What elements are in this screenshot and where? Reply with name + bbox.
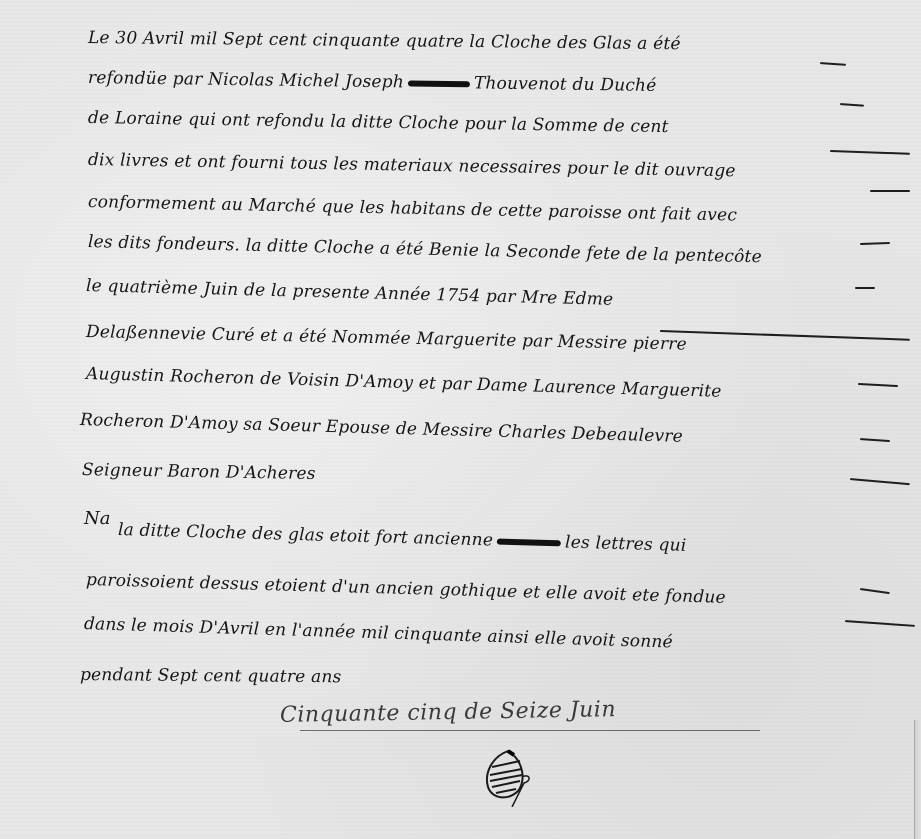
text-line-5: conformement au Marché que les habitans … (88, 192, 737, 226)
page-edge (914, 720, 921, 839)
line-flourish (820, 62, 846, 66)
document-page: Le 30 Avril mil Sept cent cinquante quat… (0, 0, 921, 839)
line-text: pendant Sept cent quatre ans (80, 665, 342, 687)
line-text: Delaßennevie Curé et a été Nommée Margue… (86, 322, 687, 355)
line-flourish (850, 478, 910, 485)
text-line-9: Augustin Rocheron de Voisin D'Amoy et pa… (86, 364, 722, 402)
signature-text: Cinquante cinq de Seize Juin (280, 697, 616, 728)
line-text: Rocheron D'Amoy sa Soeur Epouse de Messi… (80, 410, 683, 447)
line-flourish (855, 287, 875, 289)
note-line-2: paroissoient dessus etoient d'un ancien … (86, 570, 726, 608)
struck-out-word (408, 80, 470, 87)
line-text: conformement au Marché que les habitans … (88, 192, 737, 226)
text-line-4: dix livres et ont fourni tous les materi… (88, 150, 736, 181)
signature-underline (300, 730, 760, 731)
line-flourish (870, 190, 910, 192)
line-text: la ditte Cloche des glas etoit fort anci… (118, 520, 494, 550)
line-text: les dits fondeurs. la ditte Cloche a été… (88, 232, 762, 267)
text-line-1: Le 30 Avril mil Sept cent cinquante quat… (88, 28, 681, 54)
line-text: Seigneur Baron D'Acheres (82, 460, 316, 484)
line-text: Thouvenot du Duché (474, 73, 657, 96)
text-line-7: le quatrième Juin de la presente Année 1… (86, 276, 614, 310)
text-line-10: Rocheron D'Amoy sa Soeur Epouse de Messi… (80, 410, 683, 447)
line-text: dix livres et ont fourni tous les materi… (88, 150, 736, 181)
line-text: le quatrième Juin de la presente Année 1… (86, 276, 614, 310)
line-flourish (860, 242, 890, 245)
line-flourish (830, 150, 910, 155)
line-flourish (858, 383, 898, 387)
line-text: refondüe par Nicolas Michel Joseph (88, 68, 404, 92)
note-line-3: dans le mois D'Avril en l'année mil cinq… (84, 614, 673, 652)
paraph-mark-icon (478, 747, 548, 807)
note-marker-text: Na (84, 508, 110, 529)
line-flourish (845, 620, 915, 627)
text-line-3: de Loraine qui ont refondu la ditte Cloc… (88, 108, 669, 137)
note-line-1: la ditte Cloche des glas etoit fort anci… (118, 520, 687, 556)
signature: Cinquante cinq de Seize Juin (280, 697, 616, 728)
line-text: Augustin Rocheron de Voisin D'Amoy et pa… (86, 364, 722, 402)
line-flourish (660, 330, 910, 341)
line-flourish (860, 438, 890, 442)
line-text: paroissoient dessus etoient d'un ancien … (86, 570, 726, 608)
text-line-2: refondüe par Nicolas Michel JosephThouve… (88, 68, 657, 96)
line-flourish (860, 588, 890, 594)
note-marker: Na (84, 508, 110, 529)
line-text: dans le mois D'Avril en l'année mil cinq… (84, 614, 673, 652)
line-text: Le 30 Avril mil Sept cent cinquante quat… (88, 28, 681, 54)
text-line-11: Seigneur Baron D'Acheres (82, 460, 316, 484)
text-line-6: les dits fondeurs. la ditte Cloche a été… (88, 232, 762, 267)
note-line-4: pendant Sept cent quatre ans (80, 665, 342, 687)
line-text: de Loraine qui ont refondu la ditte Cloc… (88, 108, 669, 137)
struck-out-word (497, 538, 561, 546)
text-line-8: Delaßennevie Curé et a été Nommée Margue… (86, 322, 687, 355)
line-text: les lettres qui (565, 532, 687, 555)
line-flourish (840, 103, 864, 107)
